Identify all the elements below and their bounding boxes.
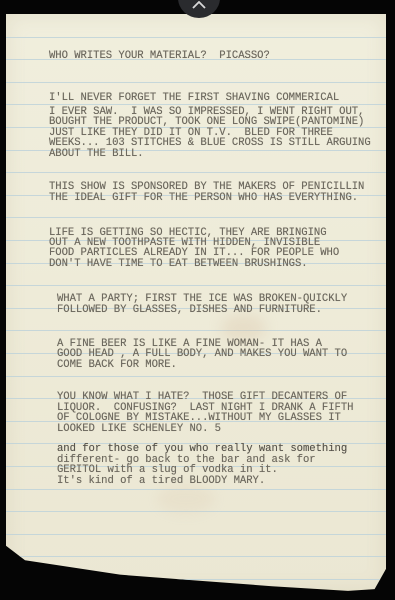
- ruled-line: [6, 104, 386, 105]
- ruled-line: [6, 579, 386, 580]
- text-line: THE IDEAL GIFT FOR THE PERSON WHO HAS EV…: [49, 193, 358, 203]
- ruled-line: [6, 376, 386, 377]
- ruled-line: [6, 330, 386, 331]
- text-line: and for those of you who really want som…: [57, 444, 347, 454]
- text-line: FOLLOWED BY GLASSES, DISHES AND FURNITUR…: [57, 305, 322, 315]
- paper-stain: [156, 484, 216, 514]
- text-line: DON'T HAVE TIME TO EAT BETWEEN BRUSHINGS…: [49, 259, 308, 269]
- text-line: COME BACK FOR MORE.: [57, 360, 177, 370]
- text-line: FOOD PARTICLES ALREADY IN IT... FOR PEOP…: [49, 248, 339, 258]
- ruled-line: [6, 217, 386, 218]
- text-line: GOOD HEAD , A FULL BODY, AND MAKES YOU W…: [57, 349, 347, 359]
- text-line: BOUGHT THE PRODUCT, TOOK ONE LONG SWIPE(…: [49, 117, 364, 127]
- text-line: OF COLOGNE BY MISTAKE...WITHOUT MY GLASS…: [57, 413, 341, 423]
- ruled-line: [6, 556, 386, 557]
- ruled-line: [6, 172, 386, 173]
- text-line: WHO WRITES YOUR MATERIAL? PICASSO?: [49, 51, 270, 61]
- ruled-line: [6, 82, 386, 83]
- text-line: WEEKS... 103 STITCHES & BLUE CROSS IS ST…: [49, 138, 371, 148]
- text-line: LOOKED LIKE SCHENLEY NO. 5: [57, 424, 221, 434]
- text-line: It's kind of a tired BLOODY MARY.: [57, 476, 265, 486]
- text-line: ABOUT THE BILL.: [49, 149, 144, 159]
- chevron-up-icon: [192, 1, 206, 9]
- ruled-line: [6, 37, 386, 38]
- text-line: GERITOL with a slug of vodka in it.: [57, 465, 278, 475]
- text-line: WHAT A PARTY; FIRST THE ICE WAS BROKEN-Q…: [57, 294, 347, 304]
- ruled-line: [6, 285, 386, 286]
- text-line: YOU KNOW WHAT I HATE? THOSE GIFT DECANTE…: [57, 392, 347, 402]
- text-line: THIS SHOW IS SPONSORED BY THE MAKERS OF …: [49, 182, 364, 192]
- ruled-line: [6, 534, 386, 535]
- text-line: I'LL NEVER FORGET THE FIRST SHAVING COMM…: [49, 93, 339, 103]
